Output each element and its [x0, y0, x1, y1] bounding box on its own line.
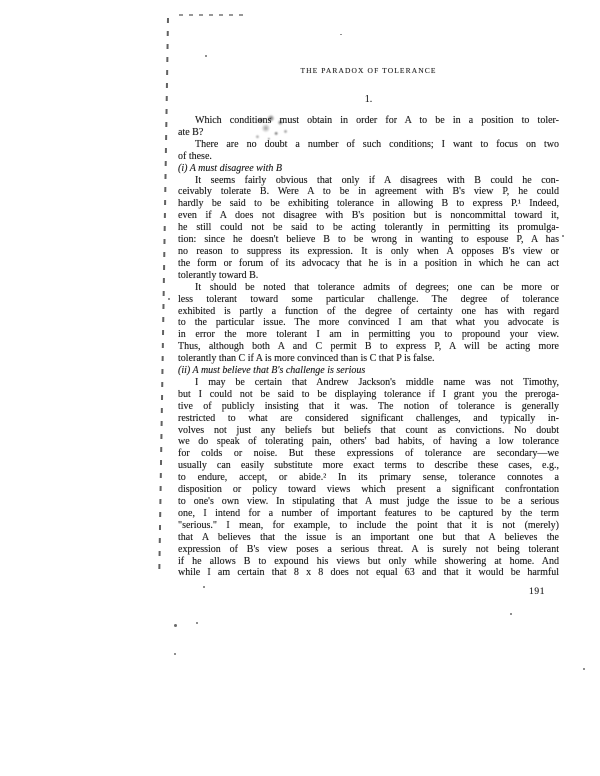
text-line: Thus, although both A and C permit B to … [178, 341, 559, 353]
text-line: tion: since he doesn't believe B to be w… [178, 234, 559, 246]
text-line: exhibited is partly a function of the de… [178, 306, 559, 318]
scanned-page: THE PARADOX OF TOLERANCE 1. Which condit… [0, 0, 600, 776]
paragraph-serious: I may be certain that Andrew Jackson's m… [178, 377, 559, 579]
section-number: 1. [178, 94, 559, 105]
scan-speck [174, 624, 177, 627]
text-line: no reason to suppress its expression. It… [178, 246, 559, 258]
text-line: to the particular issue. The more convin… [178, 317, 559, 329]
binding-mark-line [158, 18, 169, 570]
subheading-condition-ii: (ii) A must believe that B's challenge i… [178, 365, 559, 377]
text-line: expression of B's view poses a serious t… [178, 544, 559, 556]
text-line: to endure, accept, or abide.² In its pri… [178, 472, 559, 484]
paragraph-tolerate-question: Which conditions must obtain in order fo… [178, 115, 559, 139]
text-line: to one's own view. In stipulating that A… [178, 496, 559, 508]
scan-speck [196, 622, 198, 624]
text-line: ceivably tolerate B. Were A to be in agr… [178, 186, 559, 198]
text-line: we do speak of tolerating pain, others' … [178, 436, 559, 448]
text-line: volves not just any beliefs but beliefs … [178, 425, 559, 437]
scan-speck [174, 653, 176, 655]
subheading-condition-i: (i) A must disagree with B [178, 163, 559, 175]
text-line: even if A does not disagree with B's pos… [178, 210, 559, 222]
text-line: that A believes that the issue is an imp… [178, 532, 559, 544]
text-line: hardly be said to be exhibiting toleranc… [178, 198, 559, 210]
text-line: usually can easily substitute more exact… [178, 460, 559, 472]
text-line: if he allows B to expound his views but … [178, 556, 559, 568]
paragraph-two-conditions: There are no doubt a number of such cond… [178, 139, 559, 163]
text-line: less tolerant toward some particular cha… [178, 294, 559, 306]
scan-edge-marks [179, 14, 245, 16]
page-text-block: Which conditions must obtain in order fo… [178, 115, 559, 579]
text-line: ate B? [178, 127, 559, 139]
text-line: disposition or policy toward views which… [178, 484, 559, 496]
scan-speck [205, 55, 207, 57]
text-line: one, I intend for a number of important … [178, 508, 559, 520]
text-line: tolerantly toward B. [178, 270, 559, 282]
text-line: he still could not be said to be acting … [178, 222, 559, 234]
text-line: of these. [178, 151, 559, 163]
paragraph-degrees: It should be noted that tolerance admits… [178, 282, 559, 365]
text-line: It seems fairly obvious that only if A d… [178, 175, 559, 187]
text-line: while I am certain that 8 x 8 does not e… [178, 567, 559, 579]
text-line: for colds or noise. But these expression… [178, 448, 559, 460]
text-line: There are no doubt a number of such cond… [178, 139, 559, 151]
running-header: THE PARADOX OF TOLERANCE [178, 66, 559, 75]
text-line: It should be noted that tolerance admits… [178, 282, 559, 294]
scan-speck [562, 235, 564, 237]
text-line: restricted to what are considered signif… [178, 413, 559, 425]
scan-speck [510, 613, 512, 615]
page-number: 191 [529, 587, 545, 597]
text-line: Which conditions must obtain in order fo… [178, 115, 559, 127]
scan-speck [203, 586, 205, 588]
text-line: the form or forum of its advocacy that h… [178, 258, 559, 270]
scan-speck [583, 668, 585, 670]
text-line: I may be certain that Andrew Jackson's m… [178, 377, 559, 389]
text-line: in error the more tolerant I am in permi… [178, 329, 559, 341]
text-line: "serious." I mean, for example, to inclu… [178, 520, 559, 532]
text-line: tive of publicly insisting that it was. … [178, 401, 559, 413]
text-line: tolerantly than C if A is more convinced… [178, 353, 559, 365]
scan-speck [168, 298, 170, 300]
paragraph-disagree: It seems fairly obvious that only if A d… [178, 175, 559, 282]
scan-speck [340, 34, 342, 35]
text-line: but I could not be said to be displaying… [178, 389, 559, 401]
